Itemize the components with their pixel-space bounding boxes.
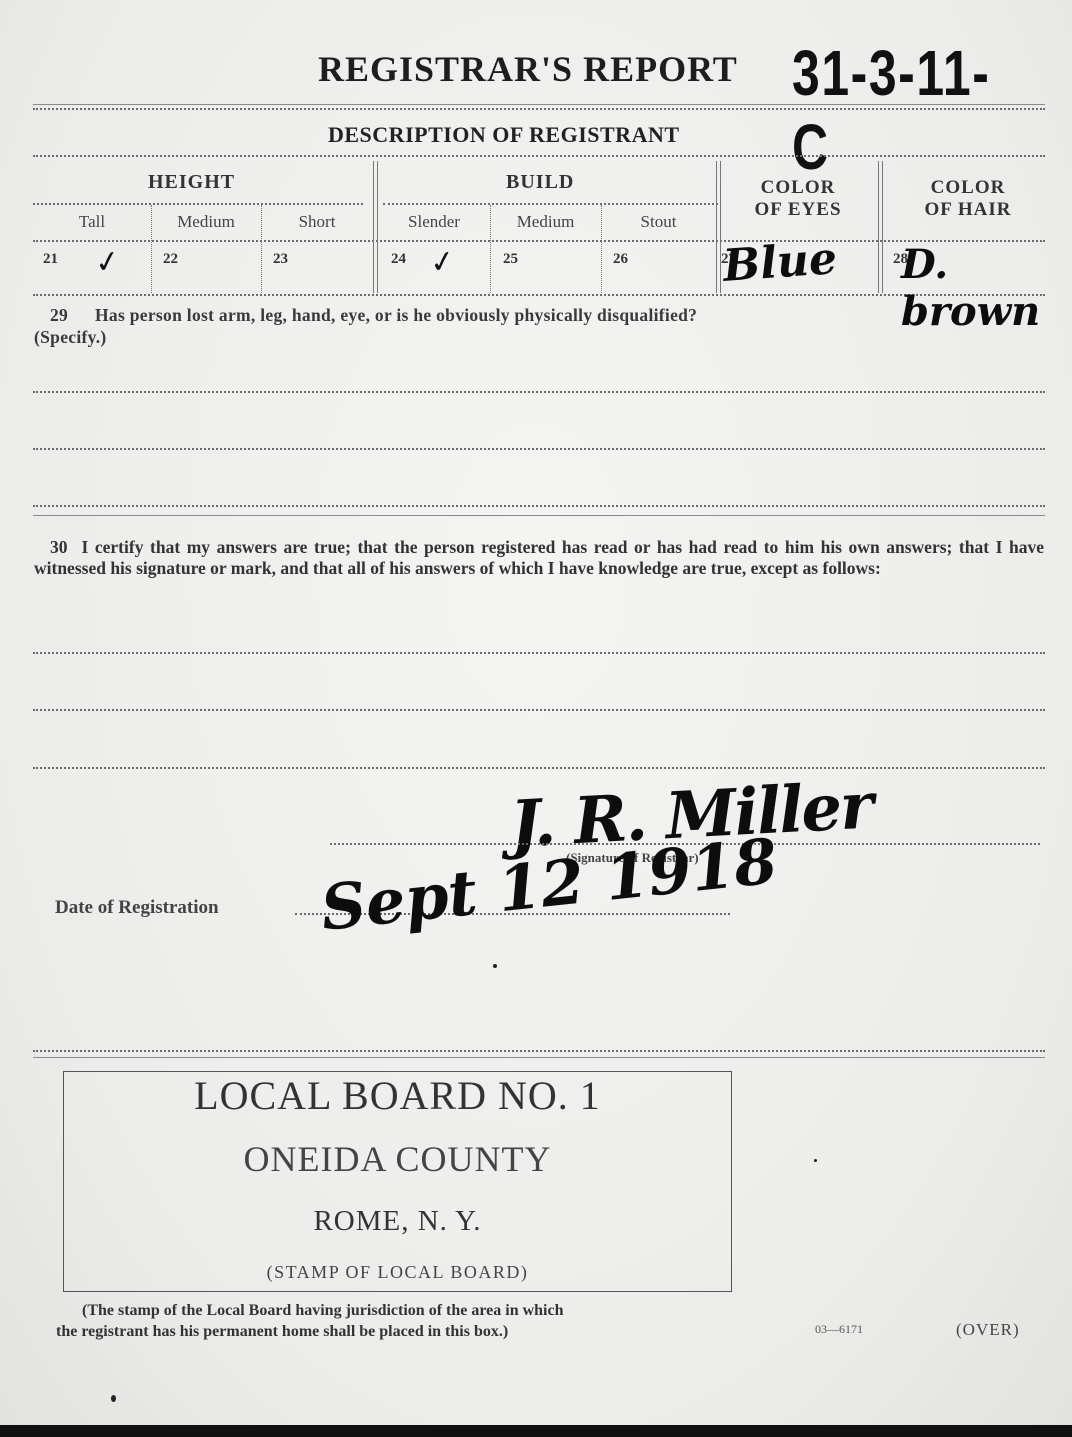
- col-build-medium: Medium: [490, 212, 601, 232]
- check-mark-slender[interactable]: ✓: [427, 243, 458, 282]
- answer-line: [33, 652, 1045, 654]
- divider: [33, 104, 1045, 105]
- question-29-text: Has person lost arm, leg, hand, eye, or …: [95, 305, 697, 326]
- hair-header: COLOR OF HAIR: [898, 177, 1038, 221]
- stamp-instructions-line1: (The stamp of the Local Board having jur…: [56, 1300, 564, 1321]
- question-29-answer-area[interactable]: [33, 375, 1045, 525]
- field-number-25: 25: [503, 251, 518, 268]
- section-title: DESCRIPTION OF REGISTRANT: [328, 122, 680, 148]
- hair-header-line1: COLOR: [898, 177, 1038, 199]
- question-29-specify: (Specify.): [34, 327, 107, 348]
- divider: [33, 1050, 1045, 1052]
- hair-header-line2: OF HAIR: [898, 199, 1038, 221]
- answer-line: [33, 448, 1045, 450]
- stamp-city: ROME, N. Y.: [64, 1205, 731, 1238]
- answer-line: [33, 709, 1045, 711]
- col-short: Short: [261, 212, 373, 232]
- stamp-caption: (STAMP OF LOCAL BOARD): [64, 1262, 731, 1283]
- column-rule: [878, 161, 883, 293]
- build-header: BUILD: [506, 171, 574, 194]
- stamp-board-number: LOCAL BOARD NO. 1: [64, 1072, 731, 1119]
- height-header: HEIGHT: [148, 171, 235, 194]
- stamp-instructions-line2: the registrant has his permanent home sh…: [56, 1321, 564, 1342]
- stamp-county: ONEIDA COUNTY: [64, 1138, 731, 1180]
- question-29-number: 29: [50, 305, 68, 326]
- row-rule: [383, 203, 718, 205]
- col-slender: Slender: [378, 212, 490, 232]
- scan-edge: [0, 1425, 1072, 1437]
- row-rule: [33, 294, 1045, 296]
- eyes-header: COLOR OF EYES: [728, 177, 868, 221]
- local-board-stamp-box: LOCAL BOARD NO. 1 ONEIDA COUNTY ROME, N.…: [63, 1071, 732, 1292]
- ink-spot: [814, 1159, 817, 1162]
- row-rule: [33, 203, 363, 205]
- col-height-medium: Medium: [151, 212, 261, 232]
- answer-line: [33, 767, 1045, 769]
- divider: [33, 1057, 1045, 1058]
- field-number-23: 23: [273, 251, 288, 268]
- page-title: REGISTRAR'S REPORT: [318, 48, 738, 90]
- ink-spot: [493, 964, 497, 968]
- question-30-answer-area[interactable]: [33, 640, 1045, 780]
- eye-color-field[interactable]: Blue: [721, 233, 838, 292]
- form-code: 03—6171: [815, 1322, 863, 1337]
- question-30-body: I certify that my answers are true; that…: [34, 537, 1044, 578]
- row-rule: [33, 240, 1045, 242]
- hair-color-field[interactable]: D. brown: [901, 241, 1045, 335]
- eyes-header-line1: COLOR: [728, 177, 868, 199]
- column-rule: [716, 161, 721, 293]
- ink-spot: [111, 1395, 116, 1402]
- question-30-text: 30I certify that my answers are true; th…: [34, 537, 1044, 579]
- over-indicator: (OVER): [956, 1320, 1020, 1340]
- divider: [33, 108, 1045, 110]
- answer-line: [33, 505, 1045, 507]
- eyes-header-line2: OF EYES: [728, 199, 868, 221]
- date-label: Date of Registration: [55, 897, 219, 919]
- field-number-21: 21: [43, 251, 58, 268]
- check-mark-tall[interactable]: ✓: [92, 243, 123, 282]
- col-tall: Tall: [33, 212, 151, 232]
- field-number-22: 22: [163, 251, 178, 268]
- stamp-instructions: (The stamp of the Local Board having jur…: [56, 1300, 564, 1342]
- answer-line: [33, 391, 1045, 393]
- description-table: HEIGHT BUILD COLOR OF EYES COLOR OF HAIR…: [33, 157, 1045, 297]
- section-divider: [33, 515, 1045, 516]
- col-stout: Stout: [601, 212, 716, 232]
- field-number-24: 24: [391, 251, 406, 268]
- field-number-26: 26: [613, 251, 628, 268]
- question-30-number: 30: [50, 537, 68, 557]
